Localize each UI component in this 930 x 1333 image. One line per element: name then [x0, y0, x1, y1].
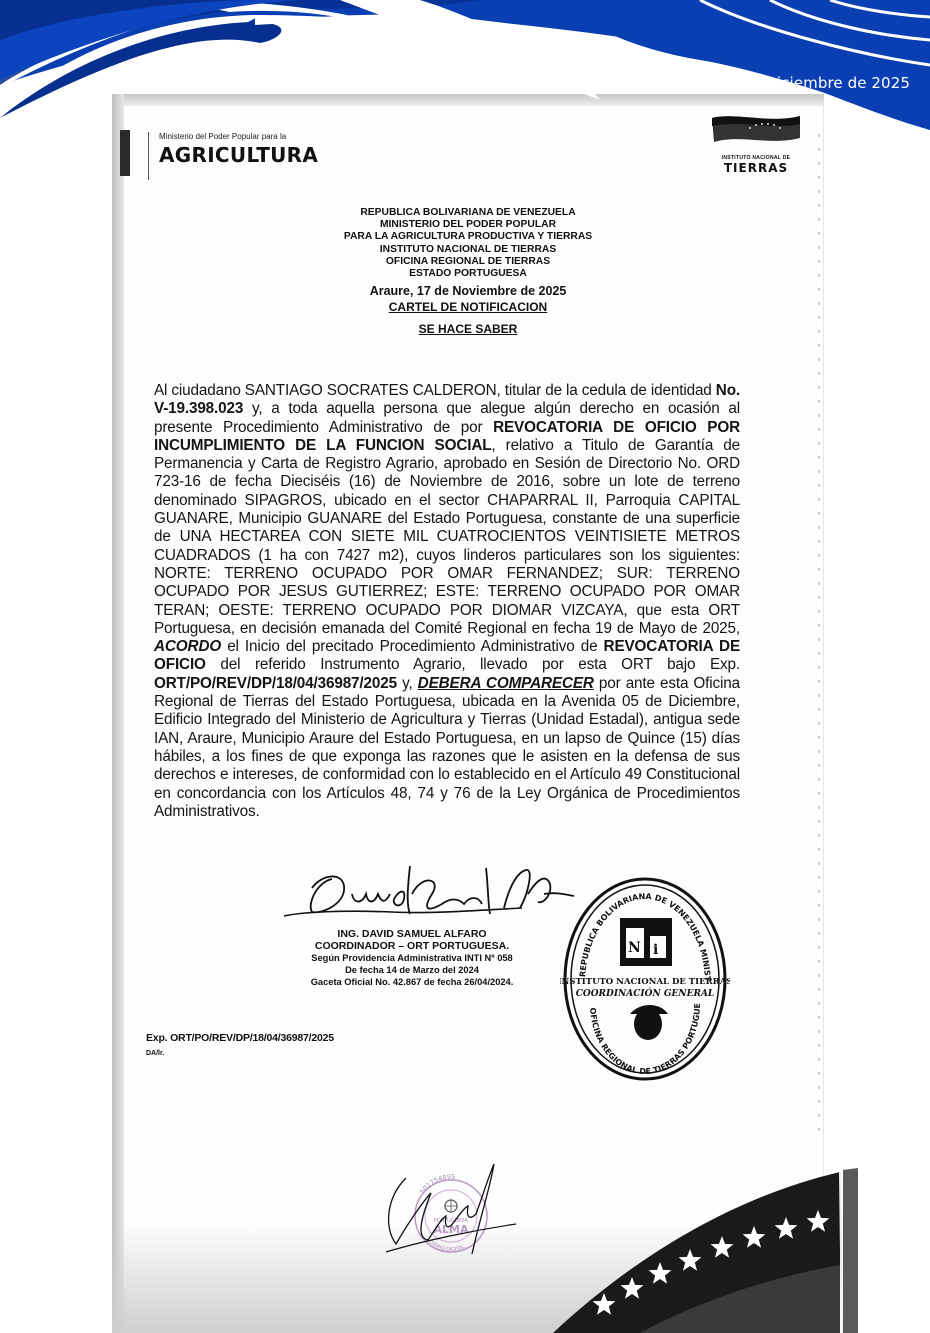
svg-text:DIARIO DIGITAL: DIARIO DIGITAL — [428, 1239, 466, 1253]
heading-line: ESTADO PORTUGUESA — [112, 268, 824, 280]
acordo-emphasis: ACORDO — [154, 638, 221, 655]
body-text-segment: Al ciudadano SANTIAGO SOCRATES CALDERON,… — [154, 382, 716, 399]
document-title: CARTEL DE NOTIFICACION — [112, 300, 824, 314]
place-date: Araure, 17 de Noviembre de 2025 — [112, 284, 824, 298]
digital-signature-seal-icon: 501754895 PORTUGUESA ALMA DIARIO DIGITAL — [376, 1158, 526, 1258]
body-text-segment: del referido Instrumento Agrario, llevad… — [206, 656, 740, 673]
typist-initials: DA/lr. — [146, 1050, 164, 1057]
body-text-segment: el Inicio del precitado Procedimiento Ad… — [221, 638, 603, 655]
footer-expediente-reference: Exp. ORT/PO/REV/DP/18/04/36987/2025 — [146, 1032, 334, 1044]
document-heading: REPUBLICA BOLIVARIANA DE VENEZUELA MINIS… — [112, 207, 824, 336]
official-stamp-icon: REPUBLICA BOLIVARIANA DE VENEZUELA MINIS… — [560, 874, 730, 1084]
signatory-name: ING. DAVID SAMUEL ALFARO — [252, 928, 572, 940]
venezuela-flag-fragment-icon — [120, 130, 130, 176]
letterhead-date: Acarigua, 01 de Diciembre de 2025 — [641, 74, 910, 92]
signatory-fecha: De fecha 14 de Marzo del 2024 — [252, 964, 572, 976]
svg-text:N: N — [628, 940, 641, 956]
heading-line: PARA LA AGRICULTURA PRODUCTIVA Y TIERRAS — [112, 231, 824, 243]
body-text-segment: por ante esta Oficina Regional de Tierra… — [154, 675, 740, 820]
ministry-agriculture-logo: Ministerio del Poder Popular para la AGR… — [148, 132, 318, 180]
debera-comparecer-emphasis: DEBERA COMPARECER — [418, 675, 594, 692]
heading-line: OFICINA REGIONAL DE TIERRAS — [112, 256, 824, 268]
heading-line: REPUBLICA BOLIVARIANA DE VENEZUELA — [112, 207, 824, 219]
heading-line: INSTITUTO NACIONAL DE TIERRAS — [112, 244, 824, 256]
svg-text:501754895: 501754895 — [418, 1173, 455, 1196]
svg-text:COORDINACIÓN GENERAL: COORDINACIÓN GENERAL — [576, 987, 715, 999]
letterhead-wave-banner — [0, 0, 930, 130]
signatory-providencia: Según Providencia Administrativa INTI Nº… — [252, 952, 572, 964]
scanned-notification-document: Ministerio del Poder Popular para la AGR… — [112, 94, 824, 1333]
document-subtitle: SE HACE SABER — [112, 322, 824, 336]
heading-line: MINISTERIO DEL PODER POPULAR — [112, 219, 824, 231]
signatory-gaceta: Gaceta Oficial No. 42.867 de fecha 26/04… — [252, 976, 572, 988]
ministry-logo-title: AGRICULTURA — [159, 143, 318, 167]
signatory-block: ING. DAVID SAMUEL ALFARO COORDINADOR – O… — [252, 878, 572, 988]
ministry-logo-small-text: Ministerio del Poder Popular para la — [159, 132, 318, 141]
signatory-role: COORDINADOR – ORT PORTUGUESA. — [252, 940, 572, 952]
inti-logo-title: TIERRAS — [708, 161, 804, 175]
body-text-segment: y, — [397, 675, 418, 692]
notification-body: Al ciudadano SANTIAGO SOCRATES CALDERON,… — [154, 382, 740, 821]
body-text-segment: , relativo a Titulo de Garantía de Perma… — [154, 437, 740, 637]
svg-text:i: i — [653, 942, 658, 958]
svg-text:INSTITUTO NACIONAL DE TIERRAS: INSTITUTO NACIONAL DE TIERRAS — [560, 977, 730, 987]
expediente-number: ORT/PO/REV/DP/18/04/36987/2025 — [154, 675, 397, 692]
